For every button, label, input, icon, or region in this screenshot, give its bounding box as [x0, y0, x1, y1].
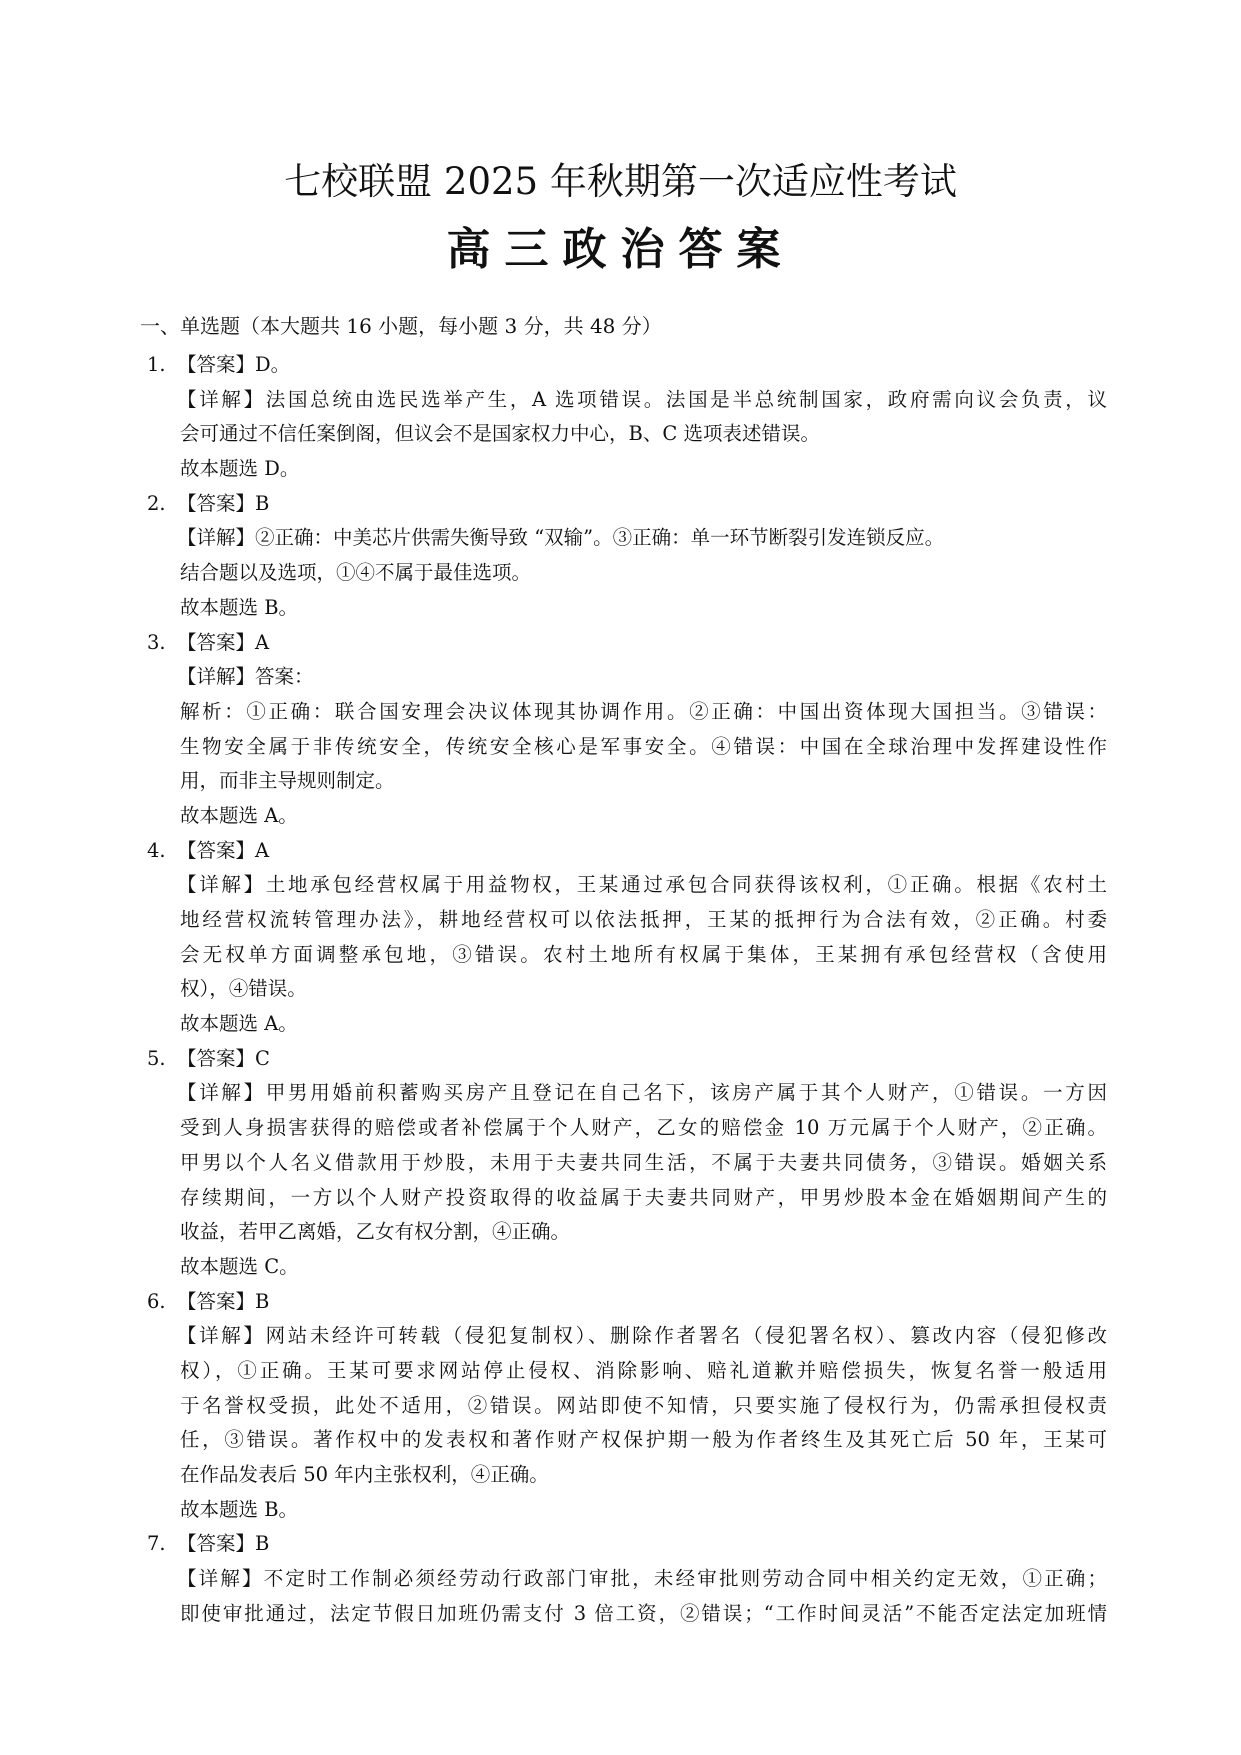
- document-subtitle: 高三政治答案: [0, 222, 1241, 278]
- answer-key-line: 1.【答案】D。: [147, 348, 1107, 383]
- explanation-continuation: 故本题选 B。: [147, 1493, 1107, 1528]
- answer-item: 4.【答案】A【详解】土地承包经营权属于用益物权，王某通过承包合同获得该权利，①…: [147, 834, 1107, 1042]
- explanation-continuation: 解析：①正确：联合国安理会决议体现其协调作用。②正确：中国出资体现大国担当。③错…: [147, 695, 1107, 730]
- explanation-text: 于名誉权受损，此处不适用，②错误。网站即使不知情，只要实施了侵权行为，仍需承担侵…: [180, 1389, 1107, 1424]
- explanation-continuation: 故本题选 A。: [147, 1007, 1107, 1042]
- explanation-continuation: 于名誉权受损，此处不适用，②错误。网站即使不知情，只要实施了侵权行为，仍需承担侵…: [147, 1389, 1107, 1424]
- explanation-line: 【详解】不定时工作制必须经劳动行政部门审批，未经审批则劳动合同中相关约定无效，①…: [147, 1562, 1107, 1597]
- explanation-text: 生物安全属于非传统安全，传统安全核心是军事安全。④错误：中国在全球治理中发挥建设…: [180, 730, 1107, 765]
- answer-key-line: 3.【答案】A: [147, 626, 1107, 661]
- answer-key-line: 2.【答案】B: [147, 487, 1107, 522]
- answer-key-line: 4.【答案】A: [147, 834, 1107, 869]
- explanation-text: 地经营权流转管理办法》，耕地经营权可以依法抵押，王某的抵押行为合法有效，②正确。…: [180, 903, 1107, 938]
- explanation-text: 即使审批通过，法定节假日加班仍需支付 3 倍工资，②错误；“工作时间灵活”不能否…: [180, 1597, 1107, 1632]
- document-page: 七校联盟 2025 年秋期第一次适应性考试 高三政治答案 一、单选题（本大题共 …: [0, 0, 1241, 1755]
- question-number: 2.: [147, 487, 177, 522]
- explanation-text: 【详解】②正确：中美芯片供需失衡导致 “双输”。③正确：单一环节断裂引发连锁反应…: [177, 526, 944, 549]
- explanation-text: 【详解】网站未经许可转载（侵犯复制权）、删除作者署名（侵犯署名权）、篡改内容（侵…: [177, 1319, 1107, 1354]
- explanation-continuation: 权），①正确。王某可要求网站停止侵权、消除影响、赔礼道歉并赔偿损失，恢复名誉一般…: [147, 1354, 1107, 1389]
- explanation-text: 故本题选 A。: [180, 804, 298, 827]
- explanation-text: 收益，若甲乙离婚，乙女有权分割，④正确。: [180, 1220, 570, 1243]
- explanation-text: 【详解】答案：: [177, 665, 314, 688]
- explanation-line: 【详解】法国总统由选民选举产生，A 选项错误。法国是半总统制国家，政府需向议会负…: [147, 383, 1107, 418]
- question-number: 7.: [147, 1527, 177, 1562]
- explanation-continuation: 收益，若甲乙离婚，乙女有权分割，④正确。: [147, 1215, 1107, 1250]
- answer-list: 1.【答案】D。【详解】法国总统由选民选举产生，A 选项错误。法国是半总统制国家…: [147, 348, 1107, 1631]
- explanation-continuation: 任，③错误。著作权中的发表权和著作财产权保护期一般为作者终生及其死亡后 50 年…: [147, 1423, 1107, 1458]
- answer-item: 3.【答案】A【详解】答案：解析：①正确：联合国安理会决议体现其协调作用。②正确…: [147, 626, 1107, 834]
- answer-key-line: 7.【答案】B: [147, 1527, 1107, 1562]
- question-number: 1.: [147, 348, 177, 383]
- explanation-text: 甲男以个人名义借款用于炒股，未用于夫妻共同生活，不属于夫妻共同债务，③错误。婚姻…: [180, 1146, 1107, 1181]
- explanation-text: 会可通过不信任案倒阁，但议会不是国家权力中心，B、C 选项表述错误。: [180, 422, 820, 445]
- answer-item: 7.【答案】B【详解】不定时工作制必须经劳动行政部门审批，未经审批则劳动合同中相…: [147, 1527, 1107, 1631]
- explanation-text: 任，③错误。著作权中的发表权和著作财产权保护期一般为作者终生及其死亡后 50 年…: [180, 1423, 1107, 1458]
- explanation-continuation: 会可通过不信任案倒阁，但议会不是国家权力中心，B、C 选项表述错误。: [147, 417, 1107, 452]
- explanation-text: 权），④错误。: [180, 977, 307, 1000]
- explanation-continuation: 故本题选 C。: [147, 1250, 1107, 1285]
- answer-item: 2.【答案】B【详解】②正确：中美芯片供需失衡导致 “双输”。③正确：单一环节断…: [147, 487, 1107, 626]
- answer-item: 5.【答案】C【详解】甲男用婚前积蓄购买房产且登记在自己名下，该房产属于其个人财…: [147, 1042, 1107, 1285]
- explanation-text: 解析：①正确：联合国安理会决议体现其协调作用。②正确：中国出资体现大国担当。③错…: [180, 695, 1107, 730]
- explanation-continuation: 用，而非主导规则制定。: [147, 764, 1107, 799]
- explanation-text: 【详解】土地承包经营权属于用益物权，王某通过承包合同获得该权利，①正确。根据《农…: [177, 868, 1107, 903]
- explanation-line: 【详解】网站未经许可转载（侵犯复制权）、删除作者署名（侵犯署名权）、篡改内容（侵…: [147, 1319, 1107, 1354]
- answer-key: 【答案】A: [177, 631, 269, 654]
- question-number: 5.: [147, 1042, 177, 1077]
- explanation-continuation: 生物安全属于非传统安全，传统安全核心是军事安全。④错误：中国在全球治理中发挥建设…: [147, 730, 1107, 765]
- explanation-continuation: 结合题以及选项，①④不属于最佳选项。: [147, 556, 1107, 591]
- explanation-text: 【详解】甲男用婚前积蓄购买房产且登记在自己名下，该房产属于其个人财产，①错误。一…: [177, 1076, 1107, 1111]
- explanation-text: 故本题选 C。: [180, 1255, 299, 1278]
- answer-key: 【答案】A: [177, 839, 269, 862]
- explanation-continuation: 地经营权流转管理办法》，耕地经营权可以依法抵押，王某的抵押行为合法有效，②正确。…: [147, 903, 1107, 938]
- explanation-continuation: 甲男以个人名义借款用于炒股，未用于夫妻共同生活，不属于夫妻共同债务，③错误。婚姻…: [147, 1146, 1107, 1181]
- explanation-text: 【详解】不定时工作制必须经劳动行政部门审批，未经审批则劳动合同中相关约定无效，①…: [177, 1562, 1107, 1597]
- explanation-line: 【详解】②正确：中美芯片供需失衡导致 “双输”。③正确：单一环节断裂引发连锁反应…: [147, 521, 1107, 556]
- explanation-line: 【详解】甲男用婚前积蓄购买房产且登记在自己名下，该房产属于其个人财产，①错误。一…: [147, 1076, 1107, 1111]
- explanation-continuation: 会无权单方面调整承包地，③错误。农村土地所有权属于集体，王某拥有承包经营权（含使…: [147, 938, 1107, 973]
- answer-key: 【答案】C: [177, 1047, 270, 1070]
- explanation-continuation: 在作品发表后 50 年内主张权利，④正确。: [147, 1458, 1107, 1493]
- explanation-text: 故本题选 B。: [180, 1498, 298, 1521]
- explanation-text: 在作品发表后 50 年内主张权利，④正确。: [180, 1463, 549, 1486]
- explanation-text: 用，而非主导规则制定。: [180, 769, 395, 792]
- explanation-text: 故本题选 A。: [180, 1012, 298, 1035]
- explanation-continuation: 受到人身损害获得的赔偿或者补偿属于个人财产，乙女的赔偿金 10 万元属于个人财产…: [147, 1111, 1107, 1146]
- explanation-text: 受到人身损害获得的赔偿或者补偿属于个人财产，乙女的赔偿金 10 万元属于个人财产…: [180, 1111, 1107, 1146]
- answer-key-line: 6.【答案】B: [147, 1285, 1107, 1320]
- explanation-continuation: 故本题选 A。: [147, 799, 1107, 834]
- explanation-text: 权），①正确。王某可要求网站停止侵权、消除影响、赔礼道歉并赔偿损失，恢复名誉一般…: [180, 1354, 1107, 1389]
- explanation-text: 结合题以及选项，①④不属于最佳选项。: [180, 561, 531, 584]
- explanation-text: 故本题选 B。: [180, 596, 298, 619]
- explanation-text: 会无权单方面调整承包地，③错误。农村土地所有权属于集体，王某拥有承包经营权（含使…: [180, 938, 1107, 973]
- explanation-continuation: 存续期间，一方以个人财产投资取得的收益属于夫妻共同财产，甲男炒股本金在婚姻期间产…: [147, 1181, 1107, 1216]
- question-number: 3.: [147, 626, 177, 661]
- explanation-text: 【详解】法国总统由选民选举产生，A 选项错误。法国是半总统制国家，政府需向议会负…: [177, 383, 1107, 418]
- explanation-line: 【详解】答案：: [147, 660, 1107, 695]
- answer-item: 6.【答案】B【详解】网站未经许可转载（侵犯复制权）、删除作者署名（侵犯署名权）…: [147, 1285, 1107, 1528]
- explanation-continuation: 故本题选 B。: [147, 591, 1107, 626]
- explanation-line: 【详解】土地承包经营权属于用益物权，王某通过承包合同获得该权利，①正确。根据《农…: [147, 868, 1107, 903]
- answer-key: 【答案】B: [177, 1290, 269, 1313]
- explanation-continuation: 即使审批通过，法定节假日加班仍需支付 3 倍工资，②错误；“工作时间灵活”不能否…: [147, 1597, 1107, 1632]
- answer-key: 【答案】B: [177, 1532, 269, 1555]
- question-number: 6.: [147, 1285, 177, 1320]
- explanation-text: 故本题选 D。: [180, 457, 299, 480]
- explanation-continuation: 故本题选 D。: [147, 452, 1107, 487]
- exam-title: 七校联盟 2025 年秋期第一次适应性考试: [0, 160, 1241, 204]
- answer-item: 1.【答案】D。【详解】法国总统由选民选举产生，A 选项错误。法国是半总统制国家…: [147, 348, 1107, 487]
- question-number: 4.: [147, 834, 177, 869]
- explanation-continuation: 权），④错误。: [147, 972, 1107, 1007]
- explanation-text: 存续期间，一方以个人财产投资取得的收益属于夫妻共同财产，甲男炒股本金在婚姻期间产…: [180, 1181, 1107, 1216]
- answer-key-line: 5.【答案】C: [147, 1042, 1107, 1077]
- answer-key: 【答案】B: [177, 492, 269, 515]
- section-heading: 一、单选题（本大题共 16 小题，每小题 3 分，共 48 分）: [140, 311, 662, 341]
- answer-key: 【答案】D。: [177, 353, 290, 376]
